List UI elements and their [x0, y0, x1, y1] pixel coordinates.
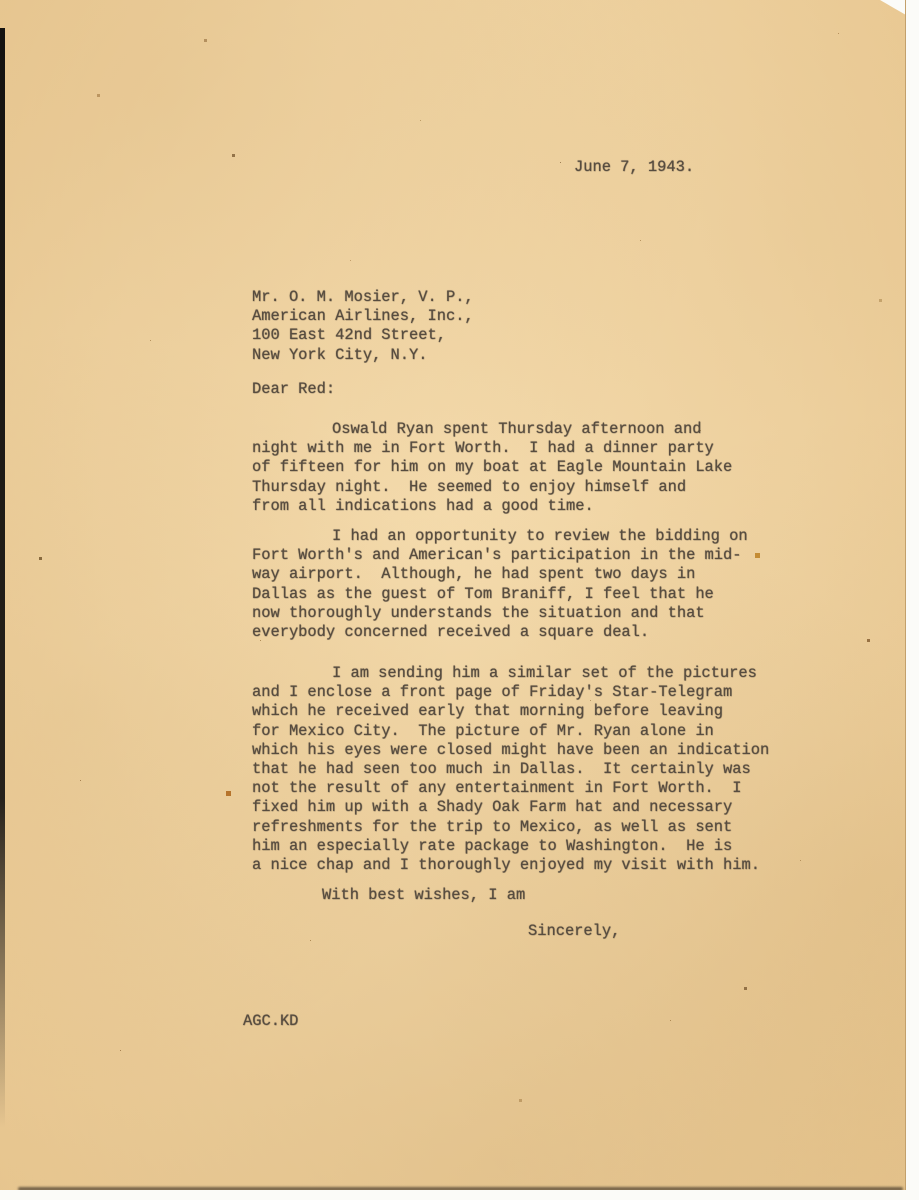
body-paragraph: I am sending him a similar set of the pi…	[252, 664, 769, 875]
recipient-address: Mr. O. M. Mosier, V. P., American Airlin…	[252, 288, 474, 365]
typist-initials: AGC.KD	[243, 1012, 298, 1031]
letter-date: June 7, 1943.	[574, 158, 694, 177]
signoff: Sincerely,	[528, 922, 620, 941]
scanner-right-margin	[905, 0, 919, 1200]
salutation: Dear Red:	[252, 380, 335, 399]
closing-line: With best wishes, I am	[322, 886, 525, 905]
body-paragraph: I had an opportunity to review the biddi…	[252, 527, 748, 642]
letter-scan: June 7, 1943. Mr. O. M. Mosier, V. P., A…	[0, 0, 919, 1200]
body-paragraph: Oswald Ryan spent Thursday afternoon and…	[252, 420, 732, 516]
paper-corner-cut	[880, 0, 906, 15]
paper-foxing-speckles	[0, 0, 1, 1]
scanner-bottom-margin	[0, 1190, 919, 1200]
scanner-left-edge-mark	[0, 28, 5, 1128]
